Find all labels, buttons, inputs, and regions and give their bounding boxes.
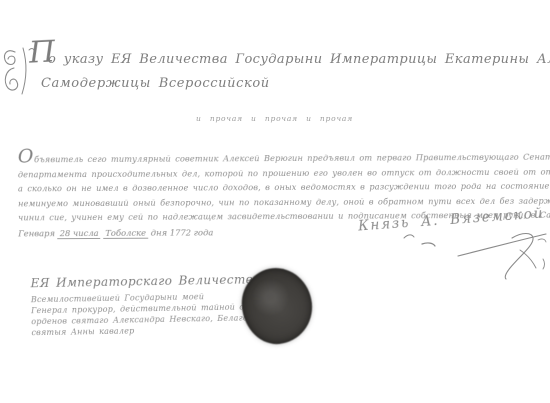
- dateline-place: Тоболске: [103, 228, 148, 239]
- dateline-day: 28 числа: [58, 228, 101, 239]
- signature-paraph-icon: [400, 230, 548, 282]
- ink-tick-icon: [540, 258, 548, 270]
- header-title-line1: о указу ЕЯ Величества Государыни Императ…: [48, 52, 550, 67]
- stray-ink-mark: [540, 255, 548, 274]
- header-title-line2: Самодержицы Всероссийской: [41, 76, 270, 91]
- signature-paraph: [400, 230, 548, 286]
- body-initial-letter: О: [18, 145, 34, 167]
- dateline-month: Генваря: [18, 228, 55, 238]
- manuscript-page: П о указу ЕЯ Величества Государыни Импер…: [0, 0, 550, 403]
- dateline-suffix: дня 1772 года: [151, 227, 214, 237]
- header-etcetera-line: и прочая и прочая и прочая: [196, 114, 353, 123]
